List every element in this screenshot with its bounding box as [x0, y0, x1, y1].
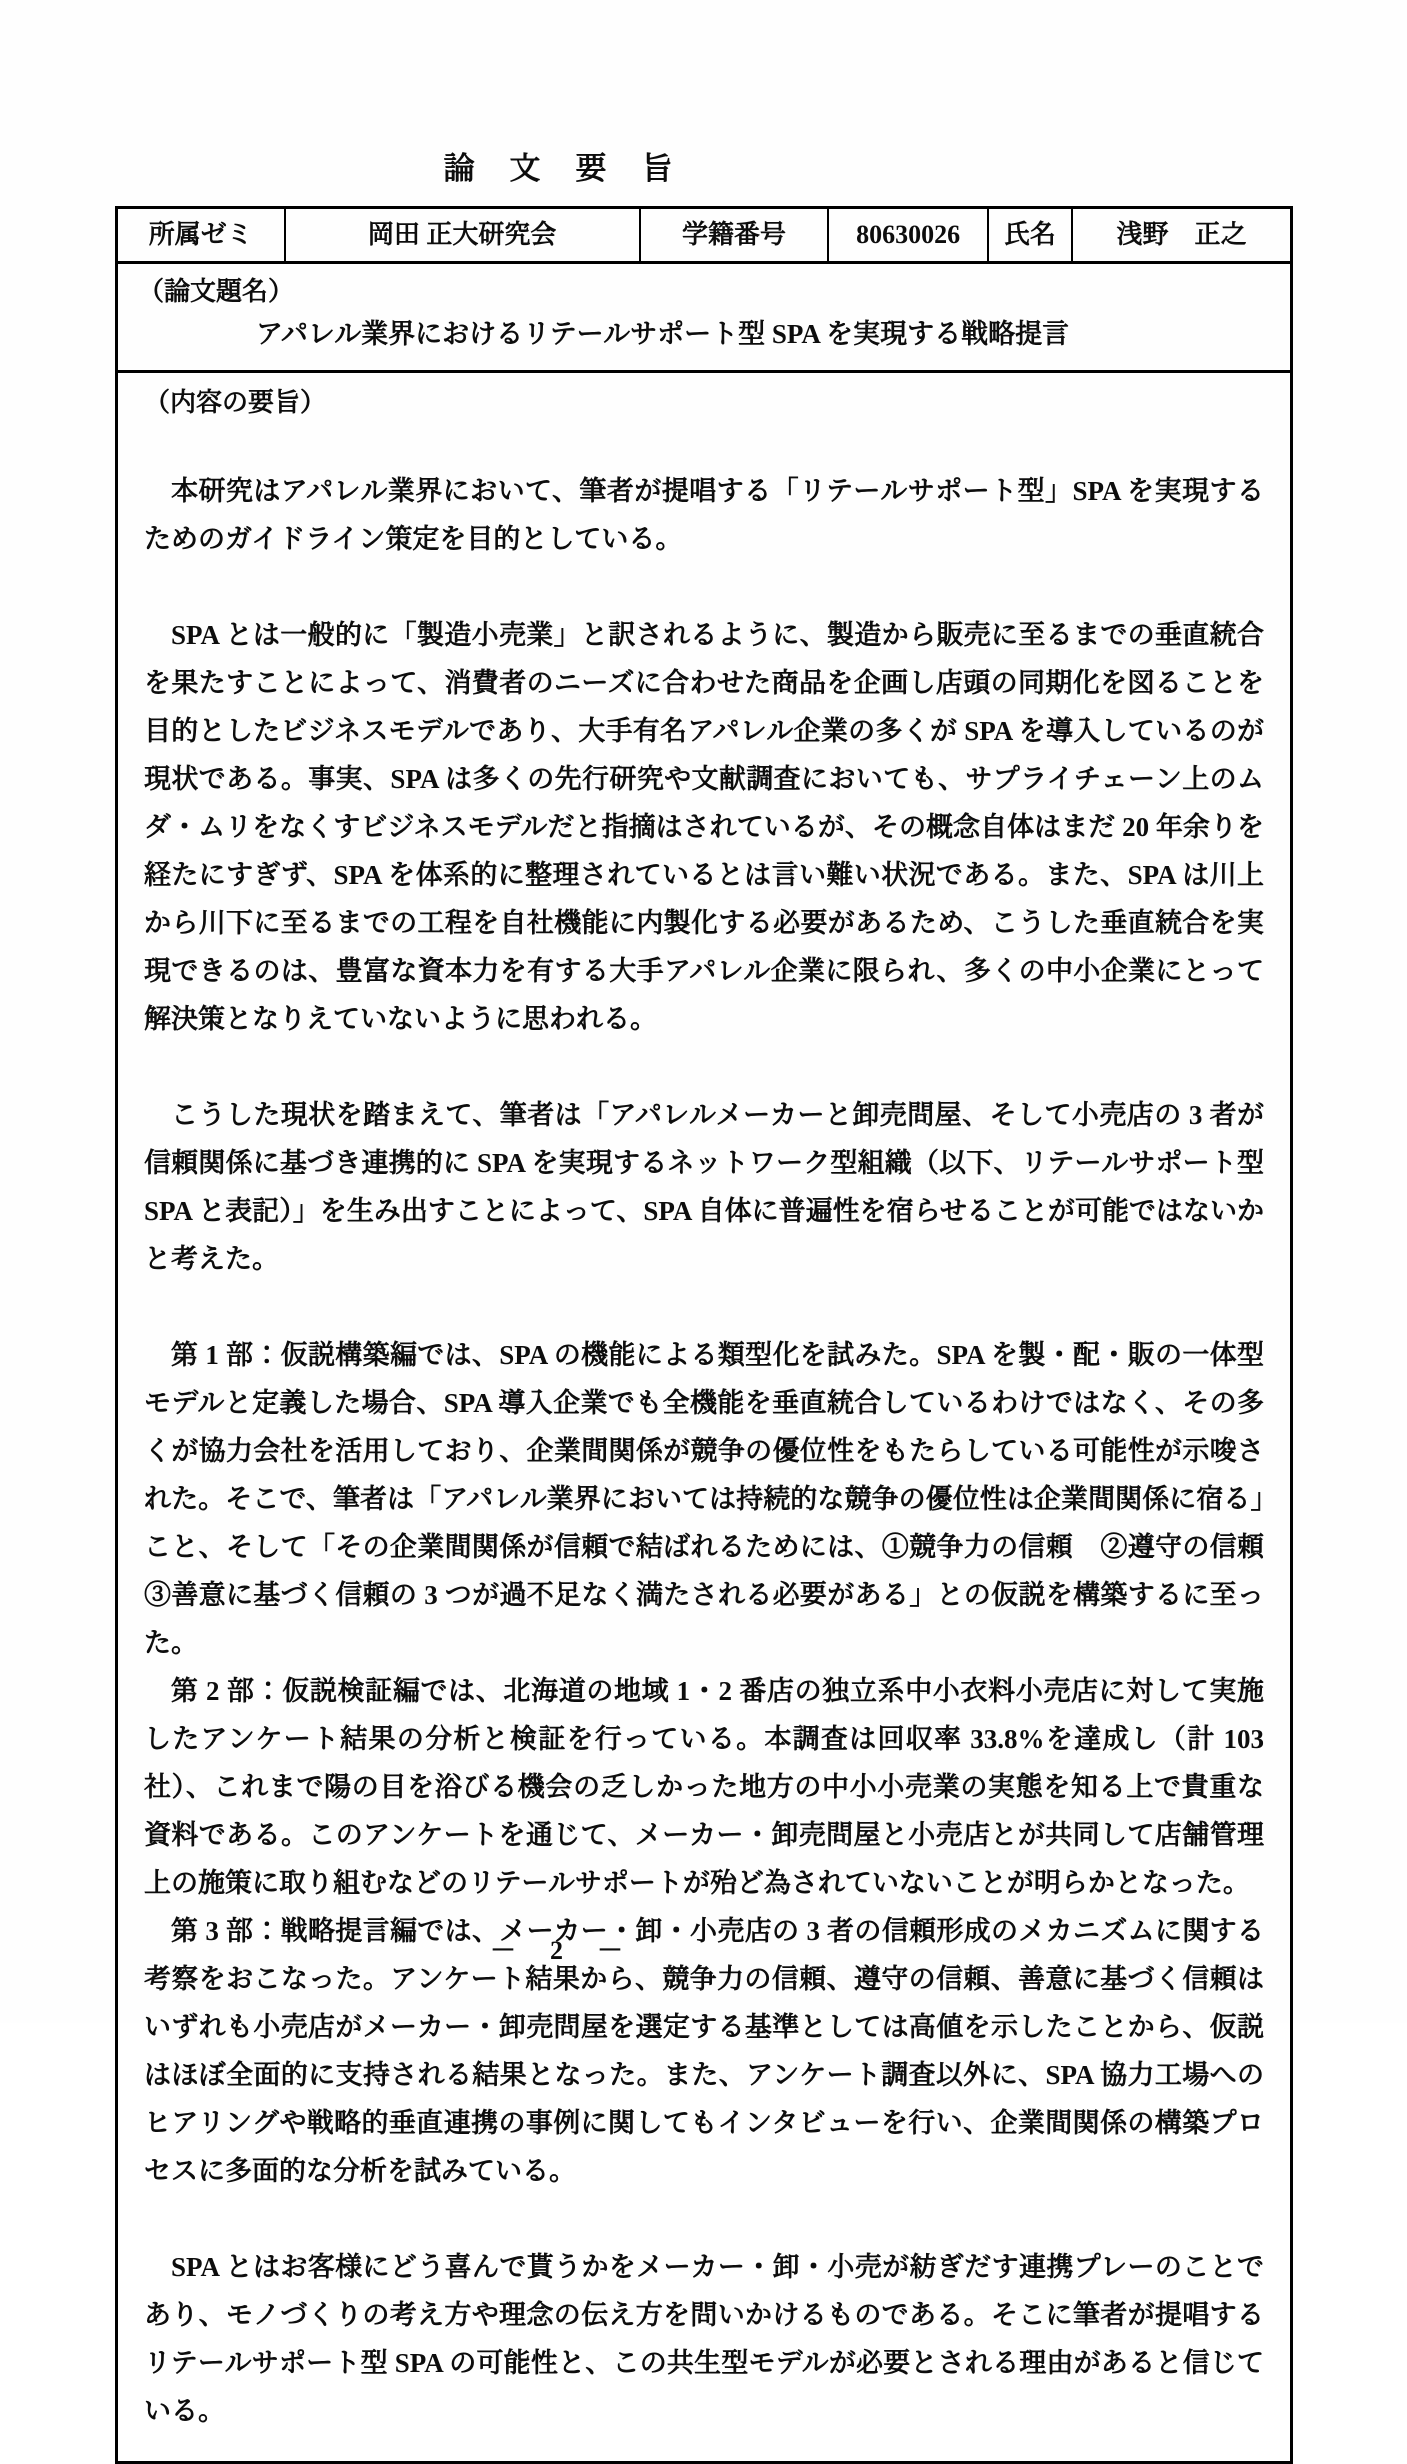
- header-row: 所属ゼミ 岡田 正大研究会 学籍番号 80630026 氏名 浅野 正之: [118, 209, 1290, 264]
- abstract-table: 所属ゼミ 岡田 正大研究会 学籍番号 80630026 氏名 浅野 正之 （論文…: [115, 206, 1293, 2464]
- abstract-content-row: （内容の要旨） 本研究はアパレル業界において、筆者が提唱する「リテールサポート型…: [118, 373, 1290, 2461]
- abstract-section-label: （内容の要旨）: [144, 383, 1264, 423]
- abstract-paragraph-2: SPA とは一般的に「製造小売業」と訳されるように、製造から販売に至るまでの垂直…: [144, 611, 1264, 1043]
- thesis-title-row: （論文題名） アパレル業界におけるリテールサポート型 SPA を実現する戦略提言: [118, 264, 1290, 373]
- name-value-cell: 浅野 正之: [1073, 209, 1290, 261]
- thesis-title-section-label: （論文題名）: [138, 272, 1270, 312]
- abstract-paragraph-1: 本研究はアパレル業界において、筆者が提唱する「リテールサポート型」SPA を実現…: [144, 467, 1264, 563]
- seminar-value-cell: 岡田 正大研究会: [286, 209, 641, 261]
- abstract-paragraph-4: 第 1 部：仮説構築編では、SPA の機能による類型化を試みた。SPA を製・配…: [144, 1331, 1264, 1667]
- page-number: － 2 －: [0, 1930, 1262, 1967]
- abstract-paragraph-5: 第 2 部：仮説検証編では、北海道の地域 1・2 番店の独立系中小衣料小売店に対…: [144, 1667, 1264, 1907]
- abstract-paragraph-7: SPA とはお客様にどう喜んで貰うかをメーカー・卸・小売が紡ぎだす連携プレーのこ…: [144, 2243, 1264, 2435]
- name-label-cell: 氏名: [989, 209, 1073, 261]
- student-id-value-cell: 80630026: [829, 209, 988, 261]
- abstract-paragraph-3: こうした現状を踏まえて、筆者は「アパレルメーカーと卸売問屋、そして小売店の 3 …: [144, 1091, 1264, 1283]
- thesis-title: アパレル業界におけるリテールサポート型 SPA を実現する戦略提言: [138, 312, 1270, 356]
- page-heading: 論 文 要 旨: [0, 143, 1148, 188]
- document-page: 論 文 要 旨 所属ゼミ 岡田 正大研究会 学籍番号 80630026 氏名 浅…: [0, 0, 1407, 2023]
- seminar-label-cell: 所属ゼミ: [118, 209, 286, 261]
- student-id-label-cell: 学籍番号: [641, 209, 830, 261]
